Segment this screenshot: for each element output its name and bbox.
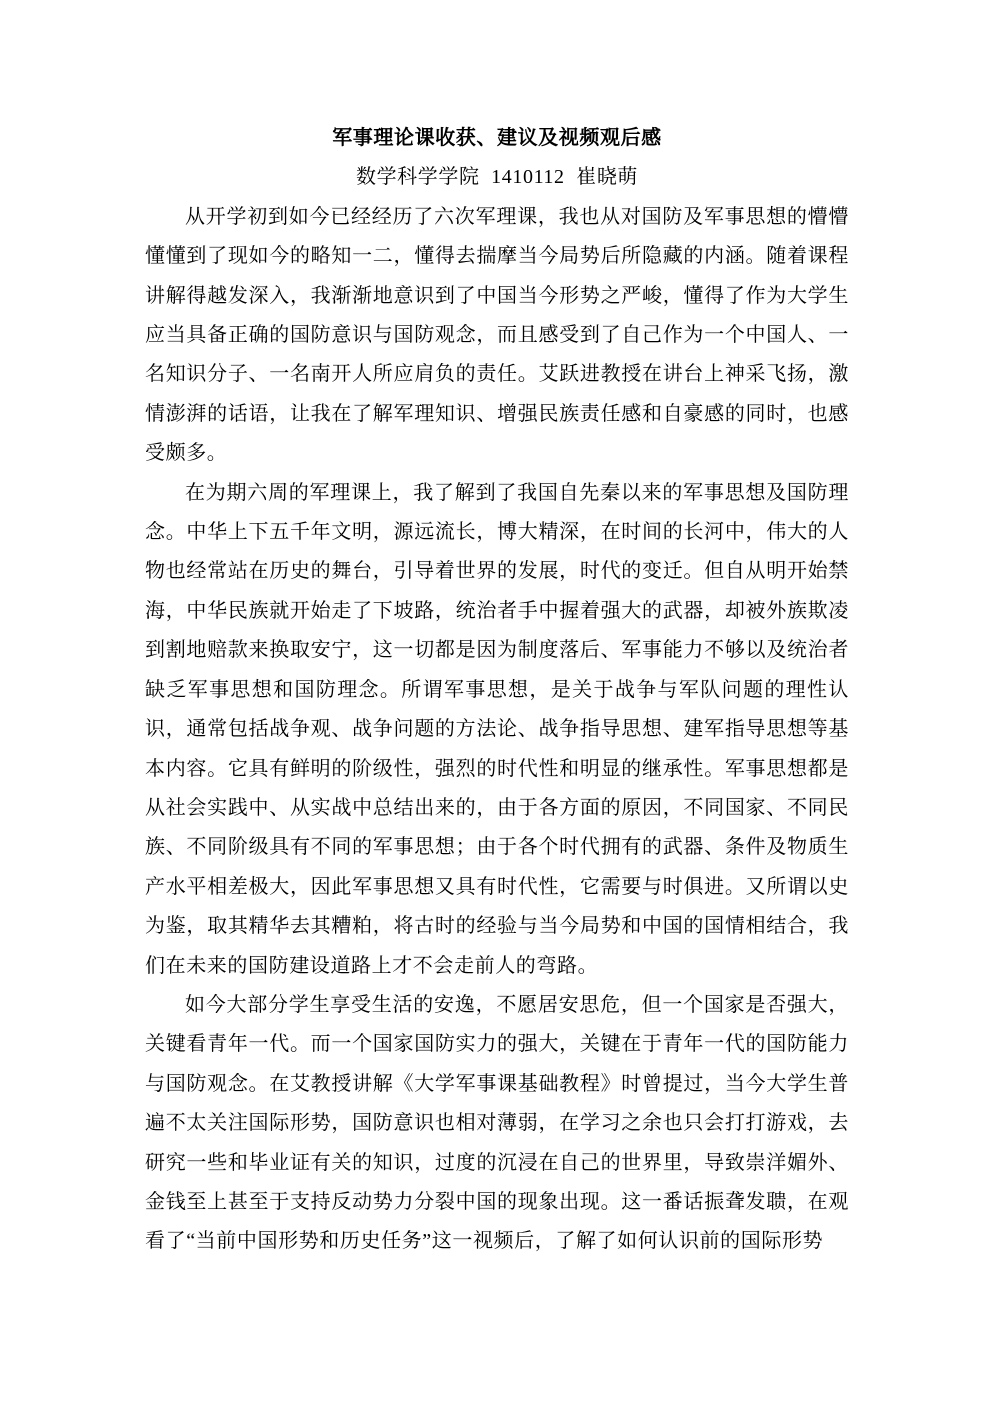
doc-title: 军事理论课收获、建议及视频观后感	[145, 119, 849, 158]
document-content: 军事理论课收获、建议及视频观后感 数学科学学院 1410112 崔晓萌 从开学初…	[145, 119, 849, 1262]
paragraph-1: 从开学初到如今已经经历了六次军理课，我也从对国防及军事思想的懵懵懂懂到了现如今的…	[145, 198, 849, 474]
doc-byline: 数学科学学院 1410112 崔晓萌	[145, 158, 849, 197]
document-page: 军事理论课收获、建议及视频观后感 数学科学学院 1410112 崔晓萌 从开学初…	[0, 0, 993, 1404]
paragraph-3: 如今大部分学生享受生活的安逸，不愿居安思危，但一个国家是否强大，关键看青年一代。…	[145, 986, 849, 1262]
paragraph-2: 在为期六周的军理课上，我了解到了我国自先秦以来的军事思想及国防理念。中华上下五千…	[145, 474, 849, 986]
